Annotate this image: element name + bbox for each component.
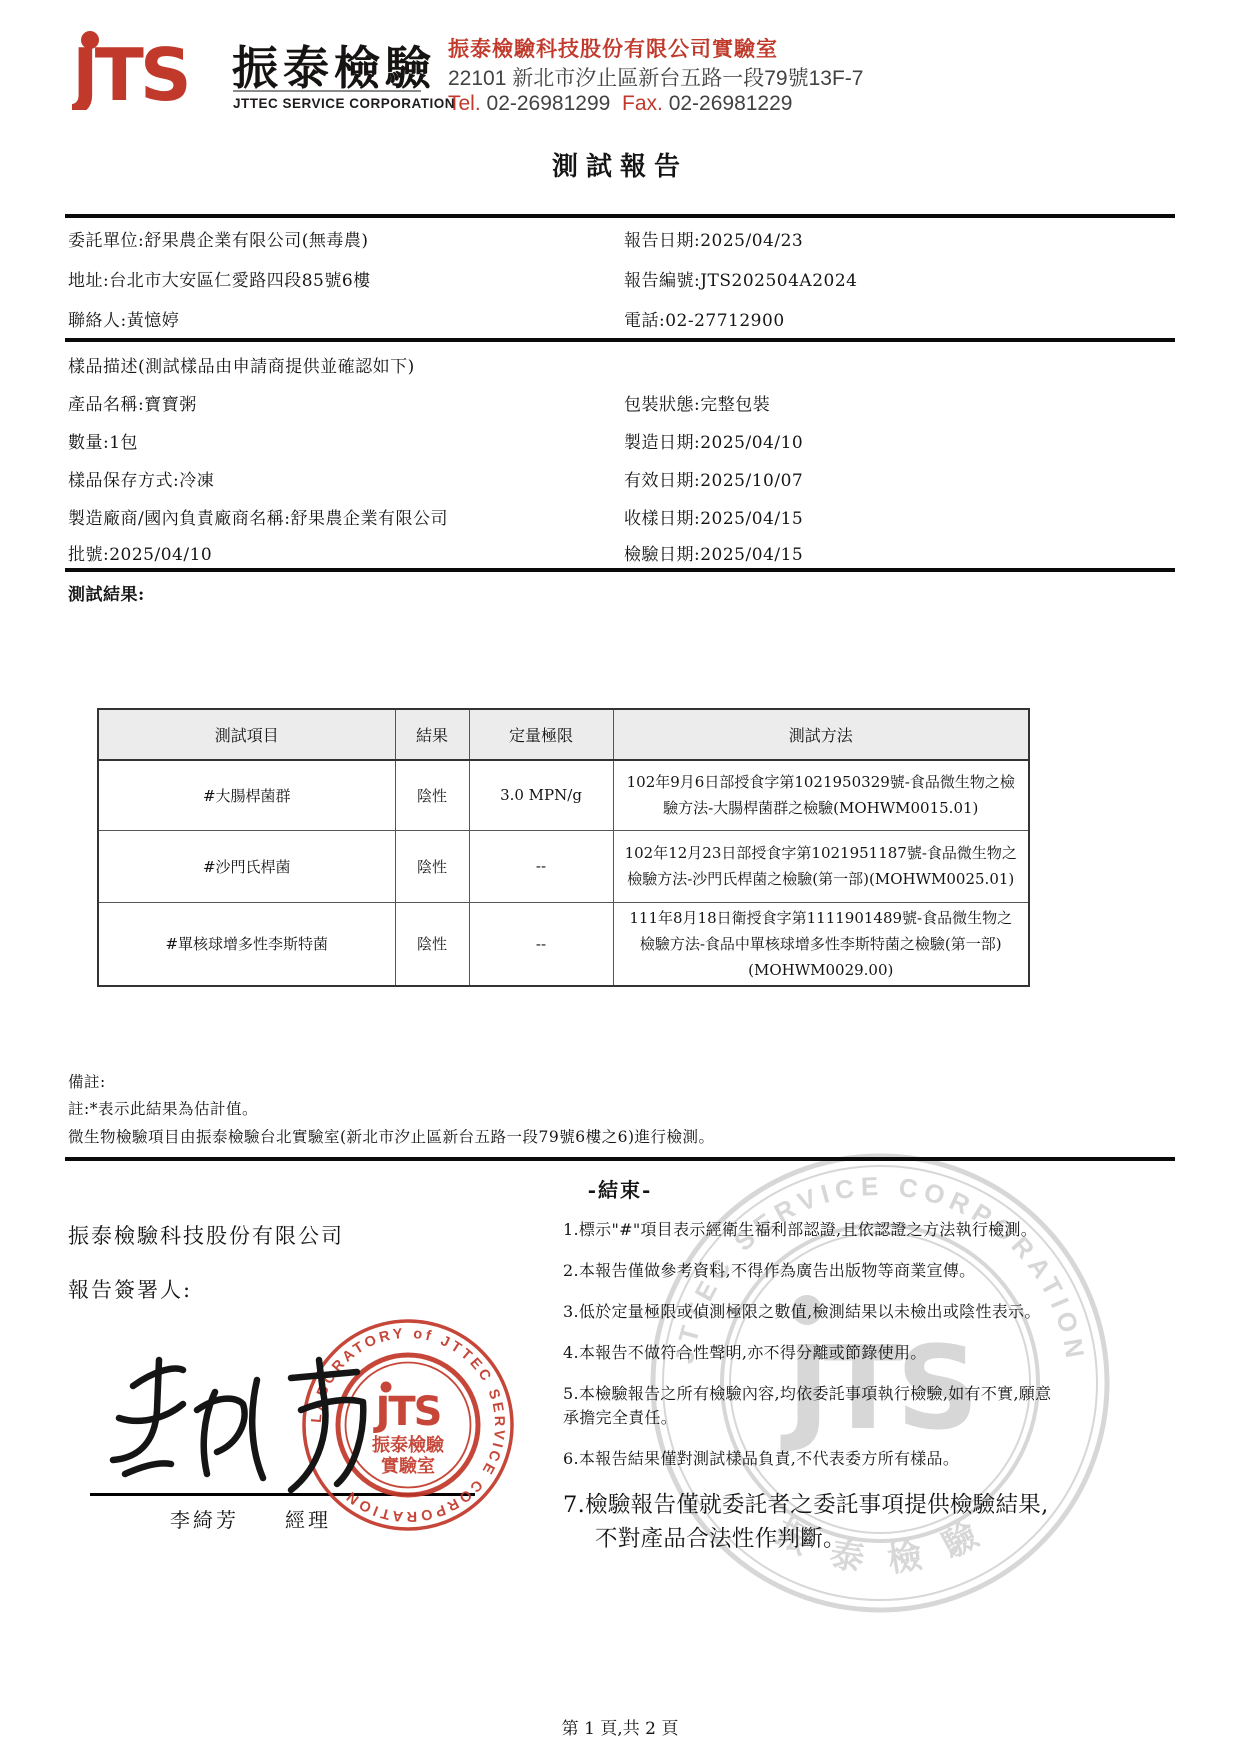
expiry-date: 有效日期:2025/10/07 [624, 466, 803, 491]
manufacture-date: 製造日期:2025/04/10 [624, 428, 803, 453]
note-4: 4.本報告不做符合性聲明,亦不得分離或節錄使用。 [563, 1341, 1208, 1365]
lab-contact-line: Tel. 02-26981299 Fax. 02-26981229 [448, 92, 792, 116]
note-7-line-2: 不對產品合法性作判斷。 [563, 1522, 1208, 1556]
col-header-loq: 定量極限 [469, 709, 613, 760]
cell-loq: -- [469, 902, 613, 986]
rule-under-client-info [65, 338, 1175, 342]
note-3: 3.低於定量極限或偵測極限之數值,檢測結果以未檢出或陰性表示。 [563, 1300, 1208, 1324]
note-7-line-1: 7.檢驗報告僅就委託者之委託事項提供檢驗結果, [563, 1488, 1208, 1522]
report-date: 報告日期:2025/04/23 [624, 226, 803, 251]
remarks-heading: 備註: [68, 1070, 106, 1092]
test-report-page: JTS 振泰檢驗 JTTEC SERVICE CORPORATION 振泰檢驗科… [0, 0, 1240, 1755]
tel-label: Tel. [448, 92, 481, 115]
disclaimer-notes: 1.標示"#"項目表示經衛生福利部認證,且依認證之方法執行檢測。 2.本報告僅做… [563, 1218, 1208, 1556]
table-row: #單核球增多性李斯特菌 陰性 -- 111年8月18日衛授食字第11119014… [98, 902, 1029, 986]
rule-under-remarks [65, 1157, 1175, 1161]
col-header-method: 測試方法 [613, 709, 1029, 760]
cell-item: #單核球增多性李斯特菌 [98, 902, 395, 986]
remark-line: 微生物檢驗項目由振泰檢驗台北實驗室(新北市汐止區新台五路一段79號6樓之6)進行… [68, 1125, 715, 1147]
logo-company-cjk: 振泰檢驗 [232, 32, 436, 98]
product-name: 產品名稱:寶寶粥 [68, 390, 197, 415]
quantity: 數量:1包 [68, 428, 138, 453]
tel-number: 02-26981299 [487, 92, 611, 115]
results-heading: 測試結果: [68, 580, 145, 605]
cell-loq: -- [469, 830, 613, 902]
client-phone: 電話:02-27712900 [624, 306, 785, 331]
issuer-company: 振泰檢驗科技股份有限公司 [68, 1220, 344, 1250]
logo-divider [233, 90, 421, 92]
document-title: 測試報告 [0, 146, 1240, 183]
batch-number: 批號:2025/04/10 [68, 540, 212, 565]
sample-desc-heading: 樣品描述(測試樣品由申請商提供並確認如下) [68, 352, 415, 377]
fax-label: Fax. [622, 92, 663, 115]
cell-result: 陰性 [395, 760, 469, 830]
test-date: 檢驗日期:2025/04/15 [624, 540, 803, 565]
rule-under-title [65, 214, 1175, 218]
note-5-line-1: 5.本檢驗報告之所有檢驗內容,均依委託事項執行檢驗,如有不實,願意 [563, 1382, 1208, 1406]
lab-address: 22101 新北市汐止區新台五路一段79號13F-7 [448, 62, 863, 92]
note-1: 1.標示"#"項目表示經衛生福利部認證,且依認證之方法執行檢測。 [563, 1218, 1208, 1242]
report-number: 報告編號:JTS202504A2024 [624, 266, 857, 291]
client-contact: 聯絡人:黃憶婷 [68, 306, 179, 331]
cell-method: 102年12月23日部授食字第1021951187號-食品微生物之檢驗方法-沙門… [613, 830, 1029, 902]
cell-result: 陰性 [395, 830, 469, 902]
page-indicator: 第 1 頁,共 2 頁 [0, 1714, 1240, 1739]
note-5-line-2: 承擔完全責任。 [563, 1406, 1208, 1430]
note-7: 7.檢驗報告僅就委託者之委託事項提供檢驗結果, 不對產品合法性作判斷。 [563, 1488, 1208, 1556]
end-marker: -結束- [0, 1174, 1240, 1203]
handwritten-signature [95, 1352, 395, 1502]
note-6: 6.本報告結果僅對測試樣品負責,不代表委方所有樣品。 [563, 1447, 1208, 1471]
rule-under-sample-info [65, 568, 1175, 572]
cell-item: #大腸桿菌群 [98, 760, 395, 830]
fax-number: 02-26981229 [669, 92, 793, 115]
table-row: #沙門氏桿菌 陰性 -- 102年12月23日部授食字第1021951187號-… [98, 830, 1029, 902]
lab-name: 振泰檢驗科技股份有限公司實驗室 [448, 33, 778, 63]
cell-result: 陰性 [395, 902, 469, 986]
storage-method: 樣品保存方式:冷凍 [68, 466, 214, 491]
cell-loq: 3.0 MPN/g [469, 760, 613, 830]
note-2: 2.本報告僅做參考資料,不得作為廣告出版物等商業宣傳。 [563, 1259, 1208, 1283]
table-row: #大腸桿菌群 陰性 3.0 MPN/g 102年9月6日部授食字第1021950… [98, 760, 1029, 830]
packaging-state: 包裝狀態:完整包裝 [624, 390, 770, 415]
logo-subtitle: JTTEC SERVICE CORPORATION [233, 96, 455, 111]
client-org: 委託單位:舒果農企業有限公司(無毒農) [68, 226, 369, 251]
remark-line: 註:*表示此結果為估計值。 [68, 1097, 258, 1119]
col-header-result: 結果 [395, 709, 469, 760]
signer-label: 報告簽署人: [68, 1274, 192, 1304]
note-5: 5.本檢驗報告之所有檢驗內容,均依委託事項執行檢驗,如有不實,願意 承擔完全責任… [563, 1382, 1208, 1430]
cell-method: 102年9月6日部授食字第1021950329號-食品微生物之檢驗方法-大腸桿菌… [613, 760, 1029, 830]
col-header-item: 測試項目 [98, 709, 395, 760]
jts-logo-text: JTS [72, 33, 188, 110]
receive-date: 收樣日期:2025/04/15 [624, 504, 803, 529]
manufacturer: 製造廠商/國內負責廠商名稱:舒果農企業有限公司 [68, 504, 448, 529]
cell-method: 111年8月18日衛授食字第1111901489號-食品微生物之檢驗方法-食品中… [613, 902, 1029, 986]
results-table: 測試項目 結果 定量極限 測試方法 #大腸桿菌群 陰性 3.0 MPN/g 10… [97, 708, 1030, 987]
jts-logo: JTS [72, 28, 222, 110]
cell-item: #沙門氏桿菌 [98, 830, 395, 902]
client-address: 地址:台北市大安區仁愛路四段85號6樓 [68, 266, 371, 291]
results-table-header-row: 測試項目 結果 定量極限 測試方法 [98, 709, 1029, 760]
